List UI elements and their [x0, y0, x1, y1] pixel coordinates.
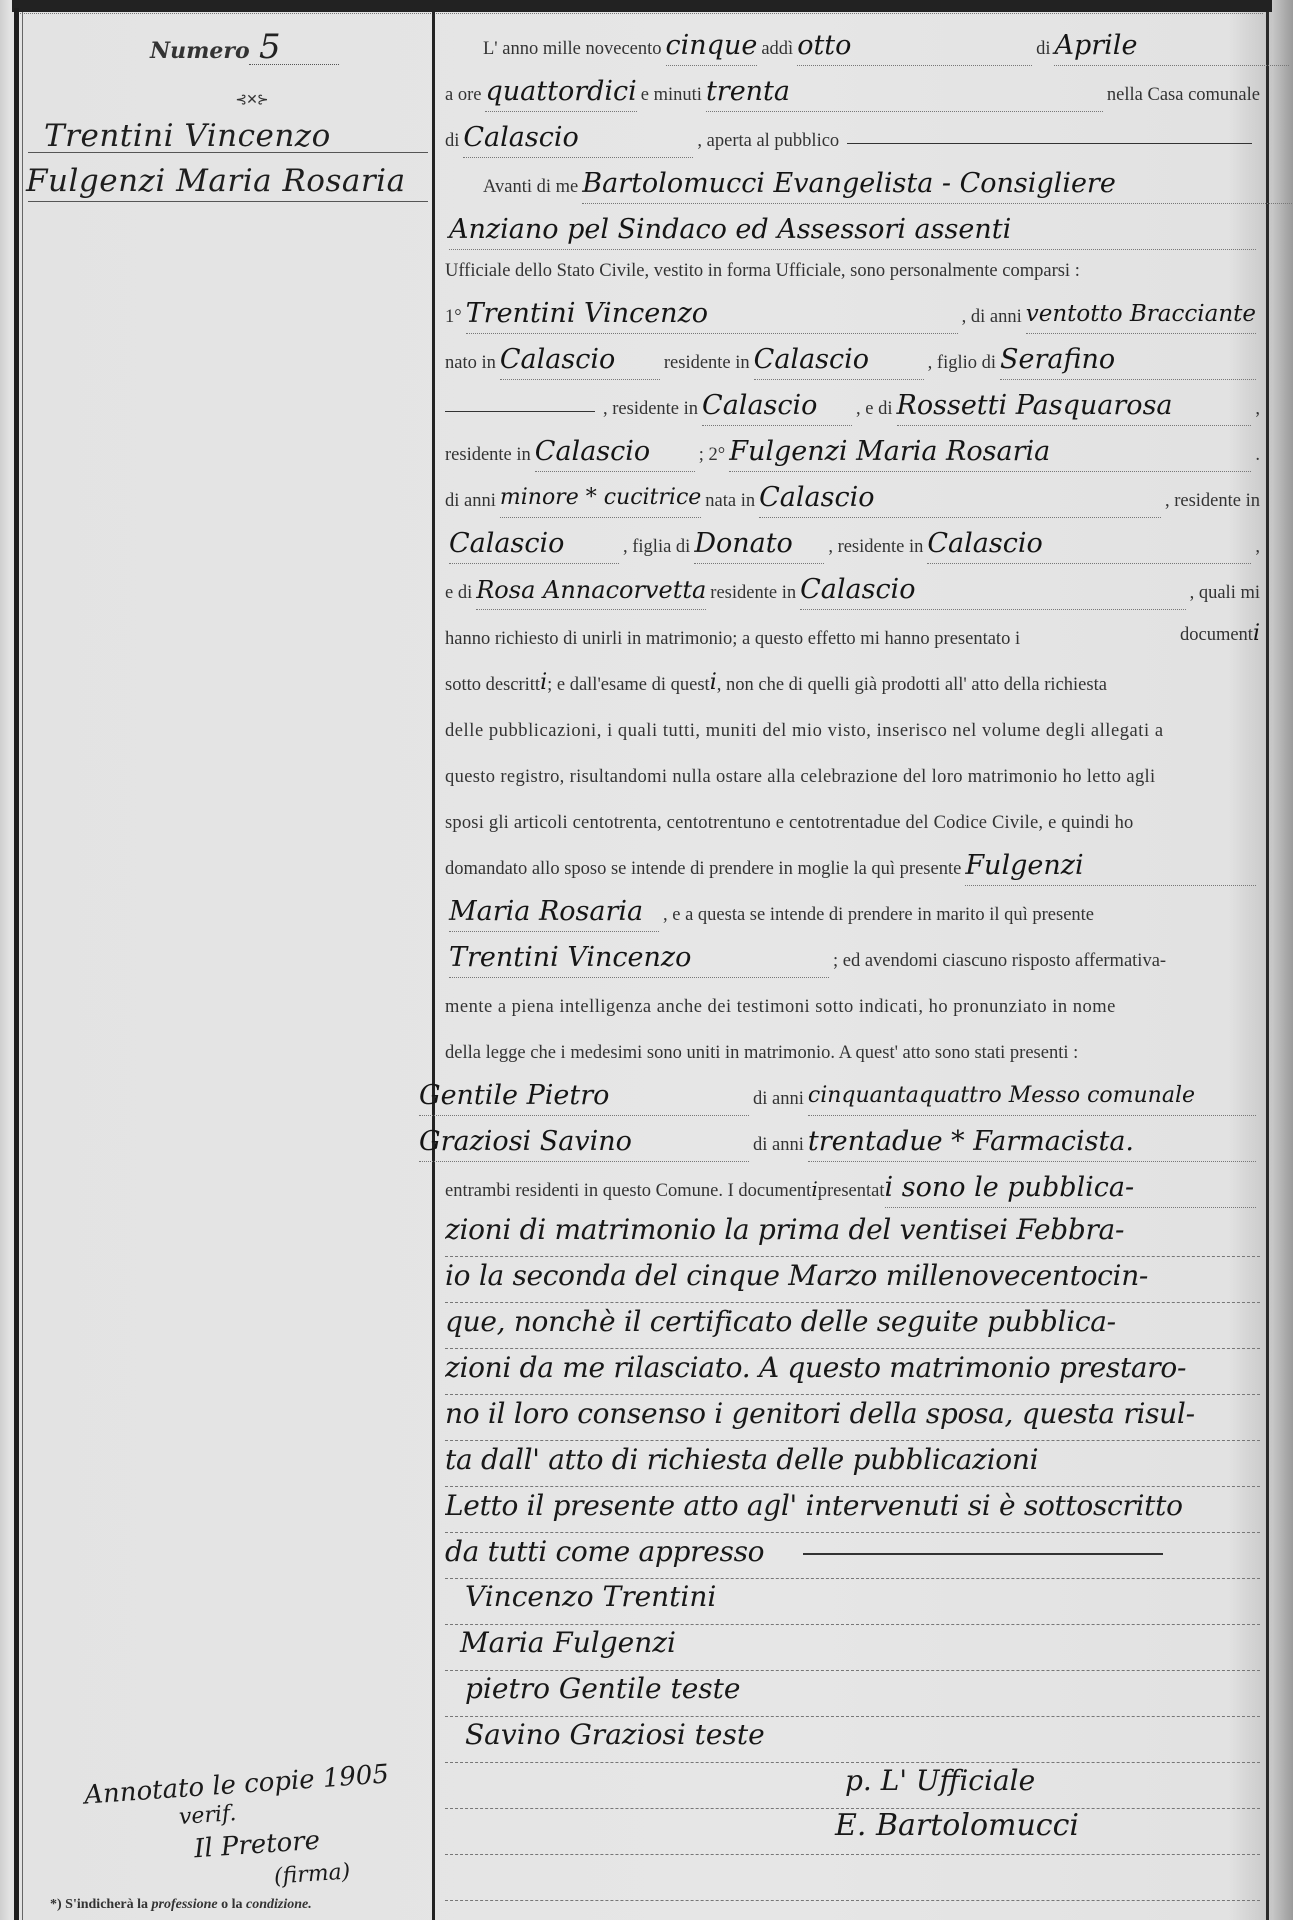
- groom-confirm-field: Trentini Vincenzo: [449, 942, 829, 978]
- act-line-16: delle pubblicazioni, i quali tutti, muni…: [445, 702, 1260, 748]
- act-line-14: hanno richiesto di unirli in matrimonio;…: [445, 610, 1260, 656]
- fill-dash: [847, 143, 1252, 144]
- act-column: L' anno mille novecento cinque addì otto…: [445, 0, 1260, 1920]
- month-field: Aprile: [1054, 30, 1289, 66]
- annotation-line: (firma): [273, 1859, 351, 1889]
- officer-field: Bartolomucci Evangelista - Consigliere: [582, 168, 1293, 204]
- register-page: Numero 5 ⊰✕⊱ Trentini Vincenzo Fulgenzi …: [0, 0, 1293, 1920]
- act-line-20: Maria Rosaria , e a questa se intende di…: [445, 886, 1260, 932]
- margin-groom-name: Trentini Vincenzo: [44, 118, 331, 154]
- signature-witness-2: Savino Graziosi teste: [465, 1718, 765, 1751]
- act-line-13: e di Rosa Annacorvetta residente in Cala…: [445, 564, 1260, 610]
- footnote: *) S'indicherà la professione o la condi…: [50, 1897, 312, 1913]
- act-line-18: sposi gli articoli centotrenta, centotre…: [445, 794, 1260, 840]
- day-field: otto: [797, 30, 1032, 66]
- handwritten-line: ta dall' atto di richiesta delle pubblic…: [445, 1440, 1260, 1487]
- signature-official-name: E. Bartolomucci: [835, 1808, 1079, 1843]
- signature-rule: [445, 1762, 1260, 1763]
- act-line-3: di Calascio , aperta al pubblico: [445, 112, 1260, 158]
- column-divider: [432, 12, 435, 1920]
- handwritten-line: da tutti come appresso: [445, 1532, 1260, 1579]
- margin-bride-name: Fulgenzi Maria Rosaria: [26, 163, 406, 199]
- margin-rule: [28, 152, 428, 153]
- minutes-field: trenta: [706, 76, 1103, 112]
- handwritten-line: zioni di matrimonio la prima del ventise…: [445, 1210, 1260, 1257]
- signature-rule: [445, 1716, 1260, 1717]
- left-border: [14, 8, 19, 1920]
- bride-confirm-field-cont: Maria Rosaria: [449, 896, 659, 932]
- margin-column: Numero 5 ⊰✕⊱ Trentini Vincenzo Fulgenzi …: [24, 0, 430, 1920]
- act-line-9: , residente in Calascio , e di Rossetti …: [445, 380, 1260, 426]
- act-line-22: mente a piena intelligenza anche dei tes…: [445, 978, 1260, 1024]
- handwritten-line: Letto il presente atto agl' intervenuti …: [445, 1486, 1260, 1533]
- groom-father-residence-field: Calascio: [702, 390, 852, 426]
- groom-birthplace-field: Calascio: [500, 344, 660, 380]
- handwritten-line: no il loro consenso i genitori della spo…: [445, 1394, 1260, 1441]
- bride-father-residence-field: Calascio: [927, 528, 1251, 564]
- act-line-21: Trentini Vincenzo ; ed avendomi ciascuno…: [445, 932, 1260, 978]
- act-line-25: Graziosi Savino di anni trentadue * Farm…: [415, 1116, 1260, 1162]
- annotation-line: Il Pretore: [193, 1826, 321, 1865]
- witness2-name-field: Graziosi Savino: [419, 1126, 749, 1162]
- fill-dash: [803, 1553, 1163, 1555]
- groom-age-profession-field: ventotto Bracciante: [1026, 298, 1256, 334]
- numero-label: Numero: [150, 38, 250, 64]
- annotation-line: Annotato le copie 1905: [83, 1759, 390, 1810]
- bride-birthplace-field: Calascio: [759, 482, 1161, 518]
- signature-rule: [445, 1624, 1260, 1625]
- bride-name-field: Fulgenzi Maria Rosaria: [729, 436, 1251, 472]
- annotation-line: verif.: [178, 1801, 237, 1830]
- act-line-26: entrambi residenti in questo Comune. I d…: [445, 1162, 1260, 1208]
- signature-rule: [445, 1670, 1260, 1671]
- ornament-divider: ⊰✕⊱: [219, 92, 284, 104]
- act-line-10: residente in Calascio ; 2° Fulgenzi Mari…: [445, 426, 1260, 472]
- margin-rule: [28, 201, 428, 202]
- bride-confirm-field: Fulgenzi: [965, 850, 1256, 886]
- act-line-15: sotto descritt i ; e dall'esame di quest…: [445, 656, 1260, 702]
- bride-age-profession-field: minore * cucitrice: [500, 482, 701, 518]
- bride-residence-field: Calascio: [449, 528, 619, 564]
- signature-rule: [445, 1854, 1260, 1855]
- act-line-24: Gentile Pietro di anni cinquantaquattro …: [415, 1070, 1260, 1116]
- signature-bride: Maria Fulgenzi: [460, 1626, 676, 1659]
- year-field: cinque: [666, 30, 758, 66]
- handwritten-line: que, nonchè il certificato delle seguite…: [445, 1302, 1260, 1349]
- documents-field: i sono le pubblica-: [885, 1172, 1256, 1208]
- groom-name-field: Trentini Vincenzo: [466, 298, 958, 334]
- witness2-age-profession-field: trentadue * Farmacista.: [808, 1126, 1256, 1162]
- groom-mother-residence-field: Calascio: [535, 436, 695, 472]
- act-line-4: Avanti di me Bartolomucci Evangelista - …: [445, 158, 1293, 204]
- left-border-inner: [22, 12, 23, 1920]
- act-line-7: 1° Trentini Vincenzo , di anni ventotto …: [445, 288, 1260, 334]
- signature-groom: Vincenzo Trentini: [465, 1580, 716, 1613]
- act-line-12: Calascio , figlia di Donato , residente …: [445, 518, 1260, 564]
- act-line-19: domandato allo sposo se intende di prend…: [445, 840, 1260, 886]
- signature-witness-1: pietro Gentile teste: [465, 1672, 740, 1705]
- numero-value: 5: [249, 30, 339, 65]
- page-edge-shadow: [1272, 0, 1293, 1920]
- witness1-name-field: Gentile Pietro: [419, 1080, 749, 1116]
- handwritten-line: io la seconda del cinque Marzo millenove…: [445, 1256, 1260, 1303]
- act-line-11: di anni minore * cucitrice nata in Calas…: [445, 472, 1260, 518]
- act-line-23: della legge che i medesimi sono uniti in…: [445, 1024, 1260, 1070]
- groom-mother-field: Rossetti Pasquarosa: [897, 390, 1252, 426]
- act-line-1: L' anno mille novecento cinque addì otto…: [445, 20, 1293, 66]
- signature-rule: [445, 1900, 1260, 1901]
- bride-father-field: Donato: [694, 528, 824, 564]
- act-line-2: a ore quattordici e minuti trenta nella …: [445, 66, 1260, 112]
- town-field: Calascio: [463, 122, 693, 158]
- witness1-age-profession-field: cinquantaquattro Messo comunale: [808, 1080, 1256, 1116]
- handwritten-line: zioni da me rilasciato. A questo matrimo…: [445, 1348, 1260, 1395]
- bride-mother-field: Rosa Annacorvetta: [476, 574, 706, 610]
- act-line-17: questo registro, risultandomi nulla osta…: [445, 748, 1260, 794]
- signature-official-title: p. L' Ufficiale: [845, 1764, 1035, 1797]
- groom-residence-field: Calascio: [754, 344, 924, 380]
- fill-dash: [445, 411, 595, 412]
- act-line-8: nato in Calascio residente in Calascio ,…: [445, 334, 1260, 380]
- groom-father-field: Serafino: [1000, 344, 1256, 380]
- bride-mother-residence-field: Calascio: [800, 574, 1186, 610]
- right-border: [1266, 12, 1269, 1920]
- act-line-6: Ufficiale dello Stato Civile, vestito in…: [445, 242, 1260, 288]
- hour-field: quattordici: [485, 76, 636, 112]
